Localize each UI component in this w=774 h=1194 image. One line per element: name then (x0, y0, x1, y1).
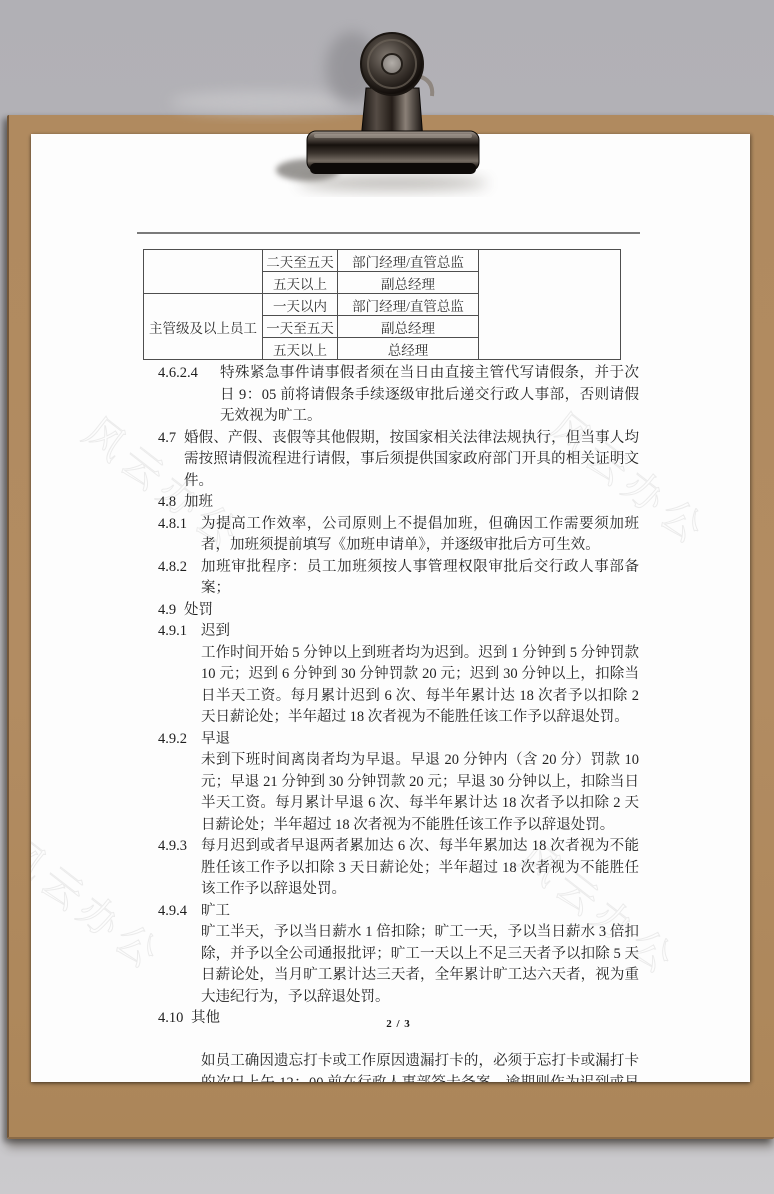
table-cell-approver: 部门经理/直管总监 (338, 294, 479, 316)
table-cell-approver: 副总经理 (338, 316, 479, 338)
header-rule (137, 232, 640, 234)
doc-paragraph: 未到下班时间离岗者均为早退。早退 20 分钟内（含 20 分）罚款 10 元；早… (158, 750, 639, 836)
table-cell-duration: 一天以内 (263, 294, 338, 316)
doc-paragraph: 4.8加班 (158, 492, 639, 514)
paper: 风云办公 风云办公 风云办公 风云办公 二天至五天 部门经理/直管总监 五天以上… (31, 134, 750, 1082)
doc-paragraph: 4.6.2.4特殊紧急事件请事假者须在当日由直接主管代写请假条，并于次日 9：0… (158, 363, 639, 428)
paragraph-number: 4.6.2.4 (158, 363, 198, 385)
doc-paragraph: 工作时间开始 5 分钟以上到班者均为迟到。迟到 1 分钟到 5 分钟罚款 10 … (158, 643, 639, 729)
page-background: { "page": { "number_label": "2 / 3", "wa… (0, 0, 774, 1194)
approval-table: 二天至五天 部门经理/直管总监 五天以上 副总经理 主管级及以上员工 一天以内 … (143, 249, 621, 360)
paragraph-text: 旷工 (201, 903, 230, 919)
paragraph-number: 4.9.2 (158, 729, 187, 751)
paragraph-text: 每月迟到或者早退两者累加达 6 次、每半年累加达 18 次者视为不能胜任该工作予… (201, 838, 639, 897)
clip-ring-hole (382, 54, 402, 74)
paragraph-number: 4.7 (158, 428, 176, 450)
clip-ring (361, 33, 423, 95)
paragraph-text: 未到下班时间离岗者均为早退。早退 20 分钟内（含 20 分）罚款 10 元；早… (201, 752, 639, 833)
table-cell-employee-type (144, 250, 263, 294)
doc-paragraph: 4.9.2早退 (158, 729, 639, 751)
paragraph-text: 加班审批程序：员工加班须按人事管理权限审批后交行政人事部备案； (201, 559, 639, 597)
paragraph-text: 婚假、产假、丧假等其他假期，按国家相关法律法规执行，但当事人均需按照请假流程进行… (184, 430, 639, 489)
paragraph-text: 特殊紧急事件请事假者须在当日由直接主管代写请假条，并于次日 9：05 前将请假条… (220, 365, 639, 424)
paragraph-number: 4.9 (158, 600, 176, 622)
paragraph-text: 如员工确因遗忘打卡或工作原因遗漏打卡的，必须于忘打卡或漏打卡的次日上午 12：0… (201, 1053, 639, 1082)
table-cell-approver: 总经理 (338, 338, 479, 360)
doc-paragraph: 如员工确因遗忘打卡或工作原因遗漏打卡的，必须于忘打卡或漏打卡的次日上午 12：0… (158, 1051, 639, 1082)
paragraph-number: 4.9.3 (158, 836, 187, 858)
table-cell-employee-type: 主管级及以上员工 (144, 294, 263, 360)
doc-paragraph: 4.9.4旷工 (158, 901, 639, 923)
paragraph-text: 迟到 (201, 623, 230, 639)
paragraph-number: 4.9.1 (158, 621, 187, 643)
paragraph-number: 4.9.4 (158, 901, 187, 923)
document-body: 4.6.2.4特殊紧急事件请事假者须在当日由直接主管代写请假条，并于次日 9：0… (158, 363, 639, 1082)
watermark: 风云办公 (31, 822, 177, 983)
table-cell-duration: 五天以上 (263, 338, 338, 360)
blank-line (158, 1030, 639, 1052)
paragraph-text: 加班 (184, 494, 213, 510)
paragraph-text: 工作时间开始 5 分钟以上到班者均为迟到。迟到 1 分钟到 5 分钟罚款 10 … (201, 645, 639, 726)
doc-paragraph: 4.9.3每月迟到或者早退两者累加达 6 次、每半年累加达 18 次者视为不能胜… (158, 836, 639, 901)
paragraph-text: 处罚 (184, 602, 213, 618)
paragraph-text: 早退 (201, 731, 230, 747)
doc-paragraph: 4.7婚假、产假、丧假等其他假期，按国家相关法律法规执行，但当事人均需按照请假流… (158, 428, 639, 493)
table-cell-duration: 二天至五天 (263, 250, 338, 272)
doc-paragraph: 4.8.2加班审批程序：员工加班须按人事管理权限审批后交行政人事部备案； (158, 557, 639, 600)
paragraph-text: 旷工半天，予以当日薪水 1 倍扣除；旷工一天，予以当日薪水 3 倍扣除，并予以全… (201, 924, 639, 1005)
clip-ring-highlight (368, 40, 416, 88)
table-row: 二天至五天 部门经理/直管总监 (144, 250, 621, 272)
paragraph-number: 4.8 (158, 492, 176, 514)
doc-paragraph: 4.9.1迟到 (158, 621, 639, 643)
doc-paragraph: 4.9处罚 (158, 600, 639, 622)
paragraph-text: 为提高工作效率，公司原则上不提倡加班，但确因工作需要须加班者，加班须提前填写《加… (201, 516, 639, 554)
table-cell-approver: 副总经理 (338, 272, 479, 294)
doc-paragraph: 旷工半天，予以当日薪水 1 倍扣除；旷工一天，予以当日薪水 3 倍扣除，并予以全… (158, 922, 639, 1008)
table-cell-note (479, 250, 621, 360)
table-cell-duration: 五天以上 (263, 272, 338, 294)
paragraph-number: 4.8.2 (158, 557, 187, 579)
paragraph-number: 4.8.1 (158, 514, 187, 536)
clip-wire-hook (418, 76, 432, 96)
table-cell-duration: 一天至五天 (263, 316, 338, 338)
doc-paragraph: 4.8.1为提高工作效率，公司原则上不提倡加班，但确因工作需要须加班者，加班须提… (158, 514, 639, 557)
table-cell-approver: 部门经理/直管总监 (338, 250, 479, 272)
page-number: 2 / 3 (158, 1018, 639, 1030)
